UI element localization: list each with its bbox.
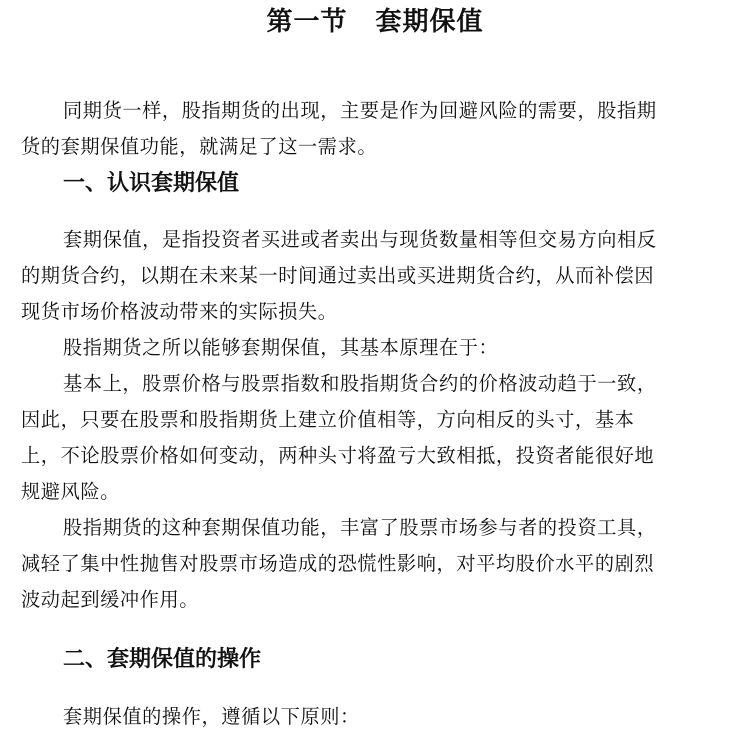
paragraph-principle: 基本上，股票价格与股票指数和股指期货合约的价格波动趋于一致， 因此，只要在股票和… — [21, 366, 741, 510]
text-line: 减轻了集中性抛售对股票市场造成的恐慌性影响，对平均股价水平的剧烈 — [21, 546, 741, 582]
text-line: 同期货一样，股指期货的出现，主要是作为回避风险的需要，股指期 — [21, 93, 741, 129]
text-line: 基本上，股票价格与股票指数和股指期货合约的价格波动趋于一致， — [21, 366, 741, 402]
subsection-heading-1: 一、认识套期保值 — [63, 168, 239, 200]
text-line: 规避风险。 — [21, 474, 741, 510]
paragraph-operation: 套期保值的操作，遵循以下原则： — [21, 699, 741, 735]
text-line: 因此，只要在股票和股指期货上建立价值相等，方向相反的头寸，基本 — [21, 402, 741, 438]
paragraph-definition: 套期保值，是指投资者买进或者卖出与现货数量相等但交易方向相反 的期货合约，以期在… — [21, 222, 741, 330]
subsection-heading-2: 二、套期保值的操作 — [63, 644, 261, 676]
text-line: 现货市场价格波动带来的实际损失。 — [21, 294, 741, 330]
text-line: 上，不论股票价格如何变动，两种头寸将盈亏大致相抵，投资者能很好地 — [21, 438, 741, 474]
text-line: 套期保值的操作，遵循以下原则： — [21, 699, 741, 735]
text-line: 波动起到缓冲作用。 — [21, 582, 741, 618]
paragraph-function: 股指期货的这种套期保值功能，丰富了股票市场参与者的投资工具， 减轻了集中性抛售对… — [21, 510, 741, 618]
section-name: 套期保值 — [376, 7, 484, 37]
document-page: 第一节套期保值 同期货一样，股指期货的出现，主要是作为回避风险的需要，股指期 货… — [0, 0, 750, 737]
paragraph-principle-intro: 股指期货之所以能够套期保值，其基本原理在于： — [21, 330, 741, 366]
section-number: 第一节 — [266, 7, 347, 37]
intro-paragraph: 同期货一样，股指期货的出现，主要是作为回避风险的需要，股指期 货的套期保值功能，… — [21, 93, 741, 165]
text-line: 套期保值，是指投资者买进或者卖出与现货数量相等但交易方向相反 — [21, 222, 741, 258]
text-line: 股指期货的这种套期保值功能，丰富了股票市场参与者的投资工具， — [21, 510, 741, 546]
text-line: 股指期货之所以能够套期保值，其基本原理在于： — [21, 330, 741, 366]
section-title: 第一节套期保值 — [0, 2, 750, 42]
text-line: 的期货合约，以期在未来某一时间通过卖出或买进期货合约，从而补偿因 — [21, 258, 741, 294]
text-line: 货的套期保值功能，就满足了这一需求。 — [21, 129, 741, 165]
